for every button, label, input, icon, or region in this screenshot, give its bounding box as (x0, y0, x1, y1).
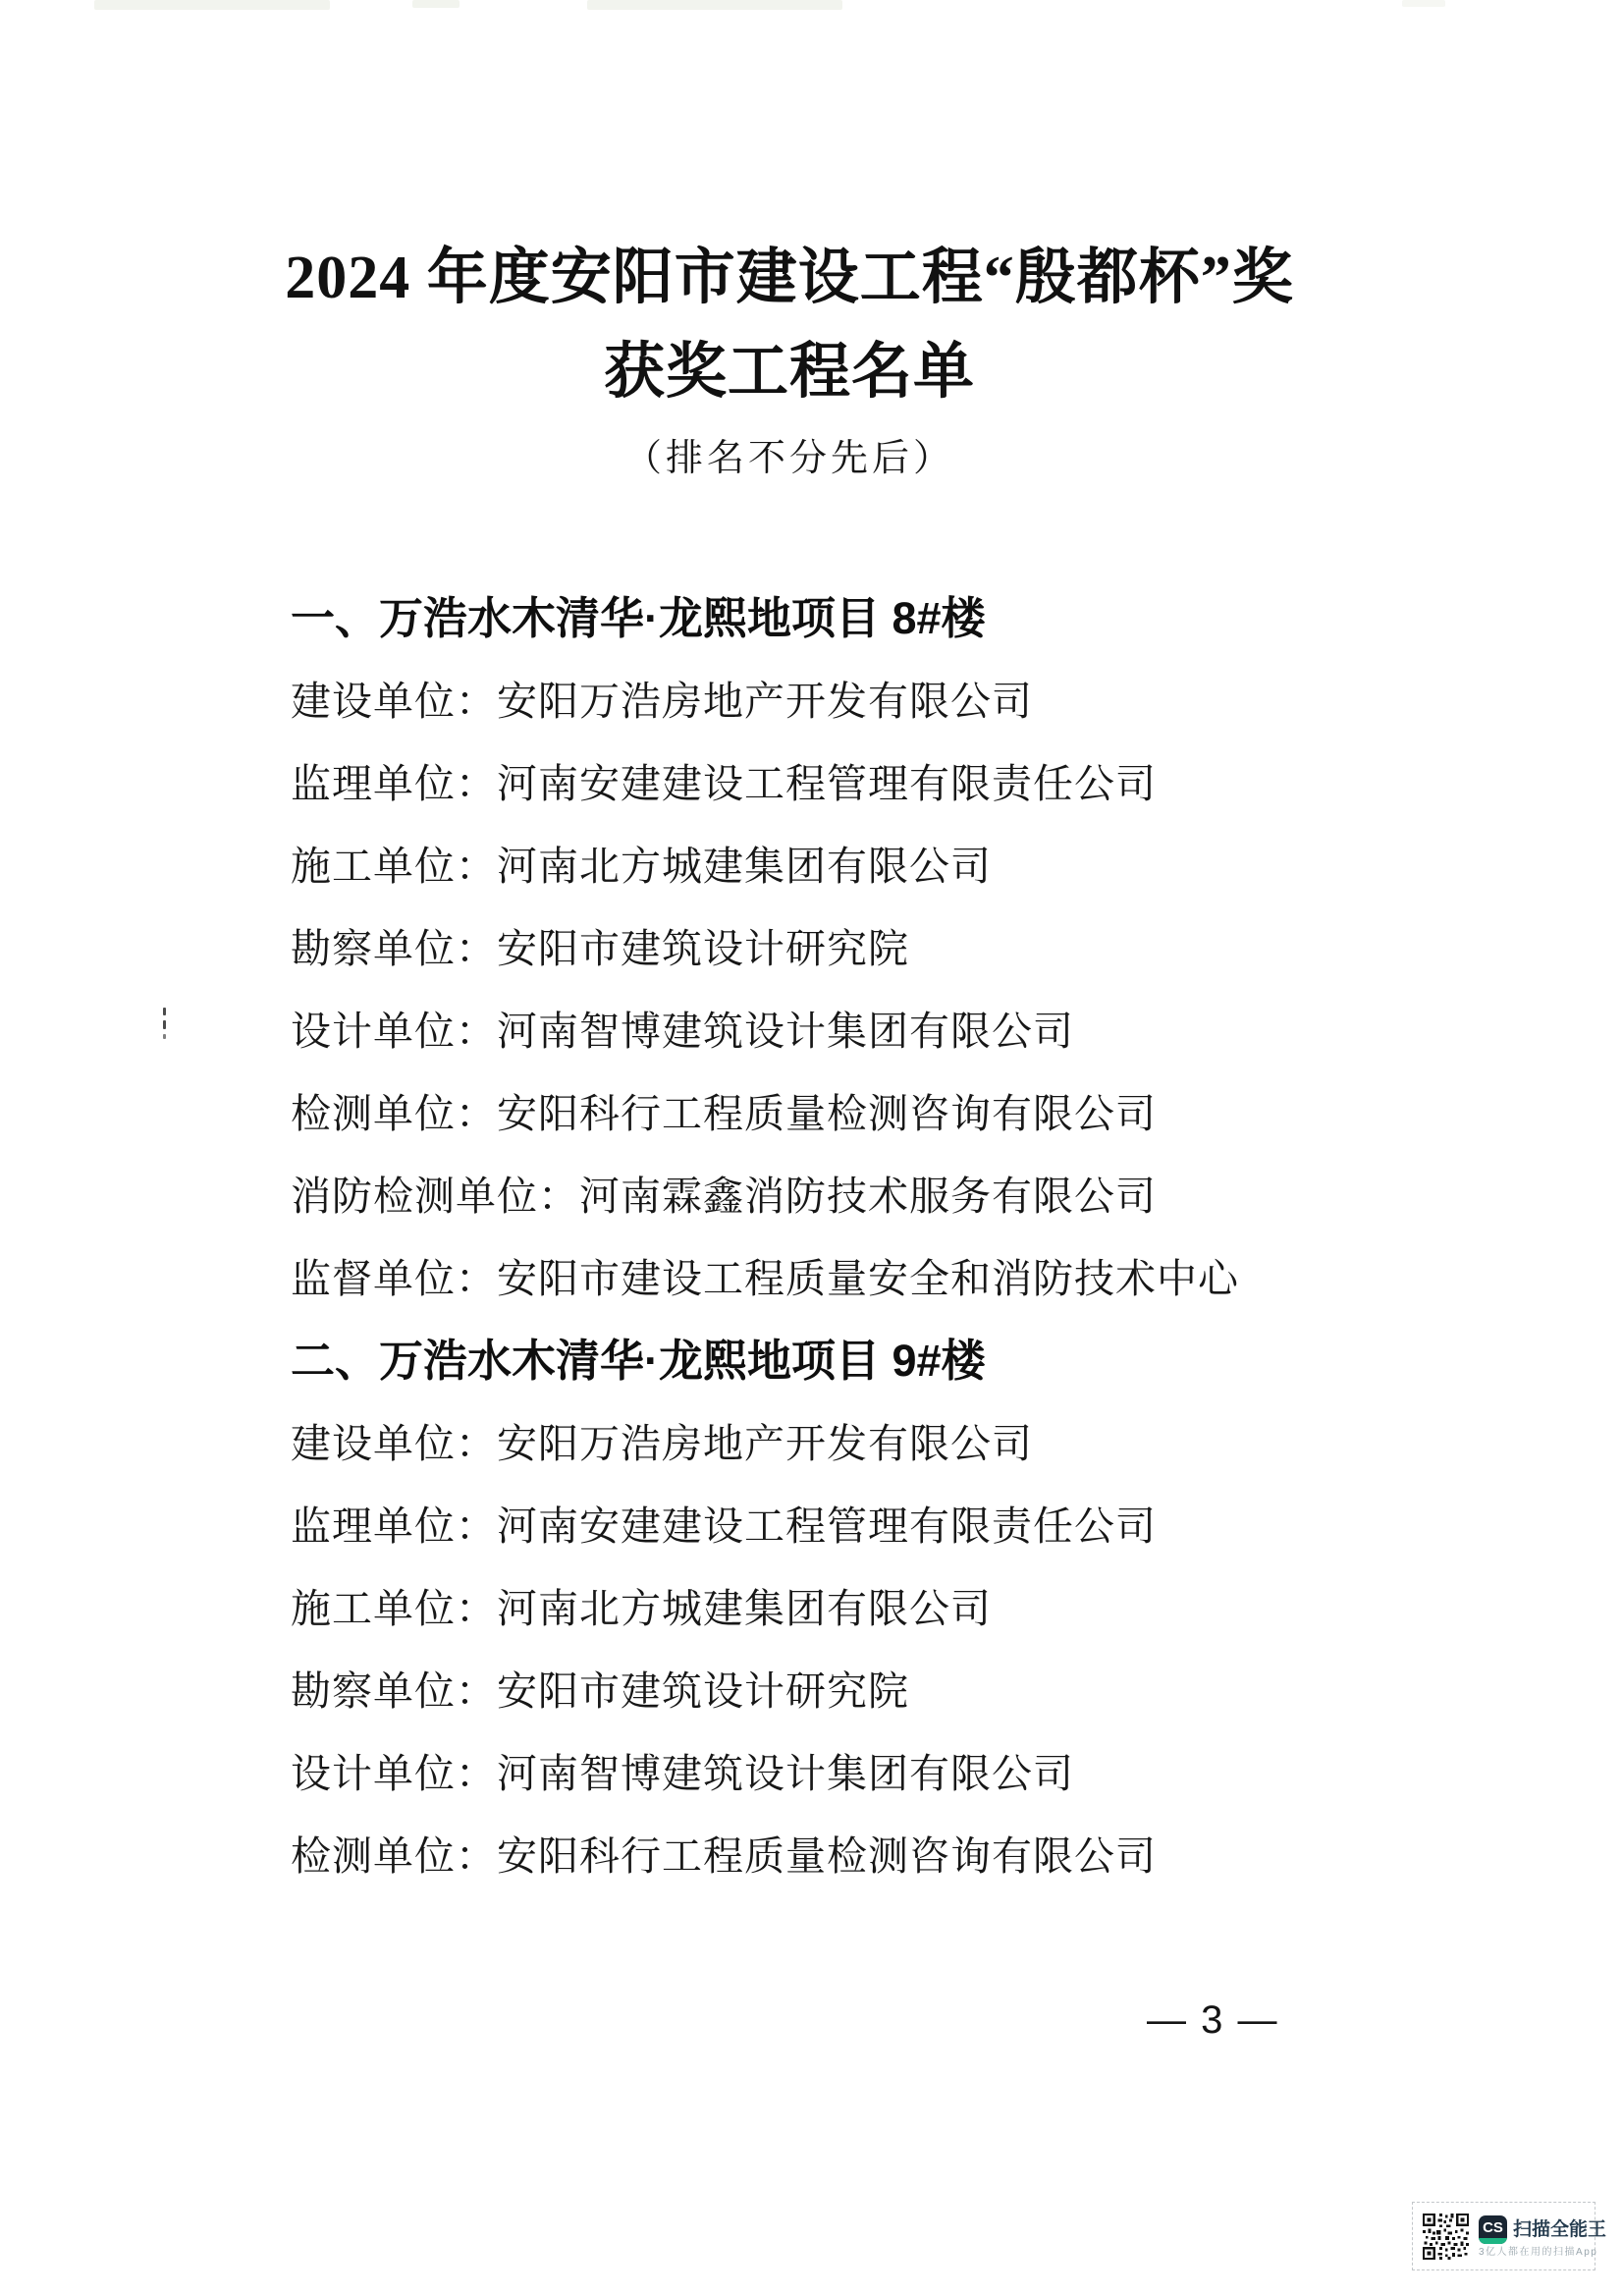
scan-artifact-dots (163, 1008, 167, 1044)
award-entry: 监理单位：河南安建建设工程管理有限责任公司 (291, 1485, 1563, 1567)
section-2-heading: 二、万浩水木清华·龙熙地项目 9#楼 (291, 1320, 1563, 1402)
page-number: — 3 — (1147, 2000, 1278, 2040)
document-title-line2: 获奖工程名单 (0, 342, 1600, 403)
document-subtitle: （排名不分先后） (0, 440, 1600, 477)
award-entry: 消防检测单位：河南霖鑫消防技术服务有限公司 (291, 1155, 1563, 1237)
scanned-document-page: 2024 年度安阳市建设工程“殷都杯”奖 获奖工程名单 （排名不分先后） 一、万… (0, 0, 1622, 2296)
scan-artifact (1402, 0, 1445, 7)
award-entry: 监理单位：河南安建建设工程管理有限责任公司 (291, 742, 1563, 825)
camscanner-app-name: 扫描全能王 (1513, 2220, 1606, 2239)
award-entry: 勘察单位：安阳市建筑设计研究院 (291, 907, 1563, 990)
camscanner-logo-icon: CS (1479, 2215, 1507, 2244)
award-entry: 建设单位：安阳万浩房地产开发有限公司 (291, 660, 1563, 742)
award-entry: 检测单位：安阳科行工程质量检测咨询有限公司 (291, 1815, 1563, 1897)
award-entry: 施工单位：河南北方城建集团有限公司 (291, 825, 1563, 907)
camscanner-watermark: CS 扫描全能王 3亿人都在用的扫描App (1412, 2202, 1595, 2270)
scan-artifact (412, 0, 460, 8)
section-1-heading: 一、万浩水木清华·龙熙地项目 8#楼 (291, 577, 1563, 660)
qr-code-icon (1423, 2214, 1469, 2260)
award-entry: 检测单位：安阳科行工程质量检测咨询有限公司 (291, 1072, 1563, 1155)
scan-artifact (94, 0, 330, 10)
award-entry: 设计单位：河南智博建筑设计集团有限公司 (291, 990, 1563, 1072)
award-entry: 建设单位：安阳万浩房地产开发有限公司 (291, 1402, 1563, 1485)
camscanner-tagline: 3亿人都在用的扫描App (1479, 2248, 1587, 2258)
award-list: 一、万浩水木清华·龙熙地项目 8#楼 建设单位：安阳万浩房地产开发有限公司 监理… (291, 577, 1563, 1897)
document-title-line1: 2024 年度安阳市建设工程“殷都杯”奖 (0, 247, 1600, 308)
camscanner-badge-text: CS 扫描全能王 3亿人都在用的扫描App (1479, 2215, 1587, 2258)
award-entry: 施工单位：河南北方城建集团有限公司 (291, 1567, 1563, 1650)
award-entry: 设计单位：河南智博建筑设计集团有限公司 (291, 1732, 1563, 1815)
award-entry: 勘察单位：安阳市建筑设计研究院 (291, 1650, 1563, 1732)
scan-artifact (587, 0, 842, 10)
award-entry: 监督单位：安阳市建设工程质量安全和消防技术中心 (291, 1237, 1563, 1320)
